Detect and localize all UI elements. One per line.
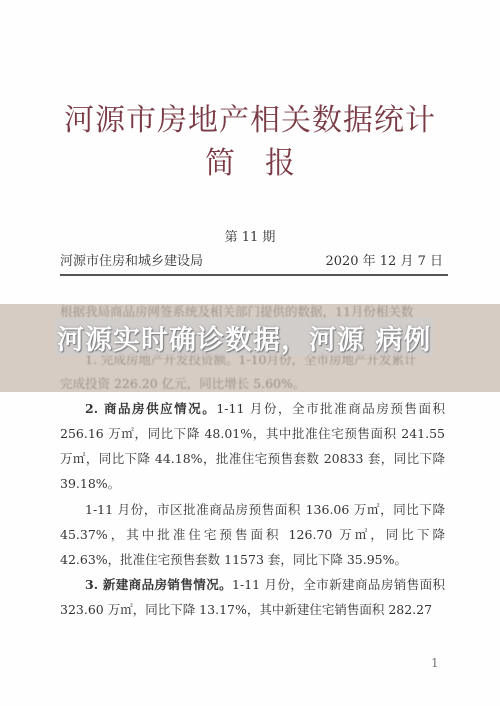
obscured-line: 完成投资 226.20 亿元，同比增长 5.60%。 bbox=[60, 374, 445, 392]
paragraph-text: 1-11 月份，市区批准商品房预售面积 136.06 万㎡，同比下降 45.37… bbox=[60, 502, 445, 567]
paragraph: 2. 商品房供应情况。1-11 月份，全市批准商品房预售面积 256.16 万㎡… bbox=[60, 396, 445, 496]
document-title: 河源市房地产相关数据统计 bbox=[0, 95, 500, 139]
header-divider bbox=[60, 274, 448, 276]
issue-number: 第 11 期 bbox=[0, 226, 500, 245]
page-number: 1 bbox=[431, 656, 439, 670]
headline-banner: 河源实时确诊数据，河源 病例 bbox=[55, 318, 433, 356]
issuer: 河源市住房和城乡建设局 bbox=[60, 250, 203, 269]
body-section-3: 3. 新建商品房销售情况。1-11 月份，全市新建商品房销售面积 323.60 … bbox=[60, 572, 445, 622]
document-subtitle: 简报 bbox=[0, 138, 500, 182]
paragraph: 1-11 月份，市区批准商品房预售面积 136.06 万㎡，同比下降 45.37… bbox=[60, 497, 445, 572]
body-section-2b: 1-11 月份，市区批准商品房预售面积 136.06 万㎡，同比下降 45.37… bbox=[60, 497, 445, 572]
banner-text: 河源实时确诊数据，河源 病例 bbox=[57, 318, 431, 357]
issue-date: 2020 年 12 月 7 日 bbox=[325, 250, 443, 269]
body-section-2: 2. 商品房供应情况。1-11 月份，全市批准商品房预售面积 256.16 万㎡… bbox=[60, 396, 445, 496]
section-heading: 3. 新建商品房销售情况。 bbox=[85, 577, 232, 592]
section-heading: 2. 商品房供应情况。 bbox=[85, 401, 216, 416]
issuer-date-row: 河源市住房和城乡建设局 2020 年 12 月 7 日 bbox=[60, 250, 443, 269]
document-page: 河源市房地产相关数据统计 简报 第 11 期 河源市住房和城乡建设局 2020 … bbox=[0, 0, 500, 706]
paragraph: 3. 新建商品房销售情况。1-11 月份，全市新建商品房销售面积 323.60 … bbox=[60, 572, 445, 622]
